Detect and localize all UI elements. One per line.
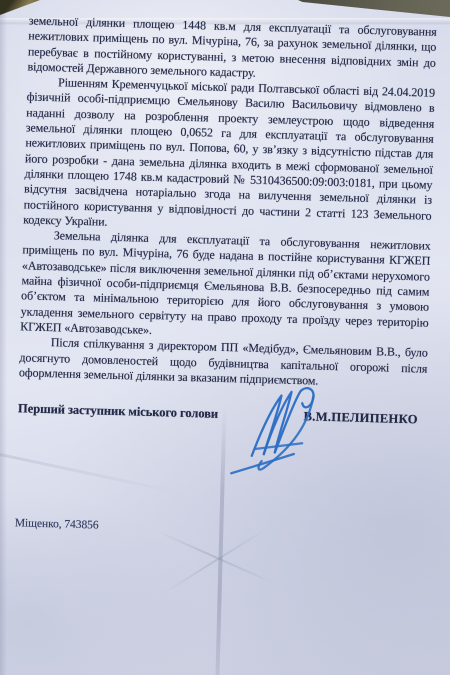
- photographed-document: земельної ділянки площею 1448 кв.м для е…: [0, 0, 450, 675]
- paragraph: Рішенням Кременчуцької міської ради Полт…: [23, 75, 435, 239]
- paragraph: земельної ділянки площею 1448 кв.м для е…: [27, 13, 437, 86]
- paragraph: Земельна ділянка для експлуатації та обс…: [20, 227, 431, 345]
- signature-ink: [210, 380, 346, 516]
- document-content: земельної ділянки площею 1448 кв.м для е…: [0, 0, 450, 675]
- executor-note: Міщенко, 743856: [15, 516, 423, 543]
- signoff-title: Перший заступник міського голови: [18, 401, 218, 422]
